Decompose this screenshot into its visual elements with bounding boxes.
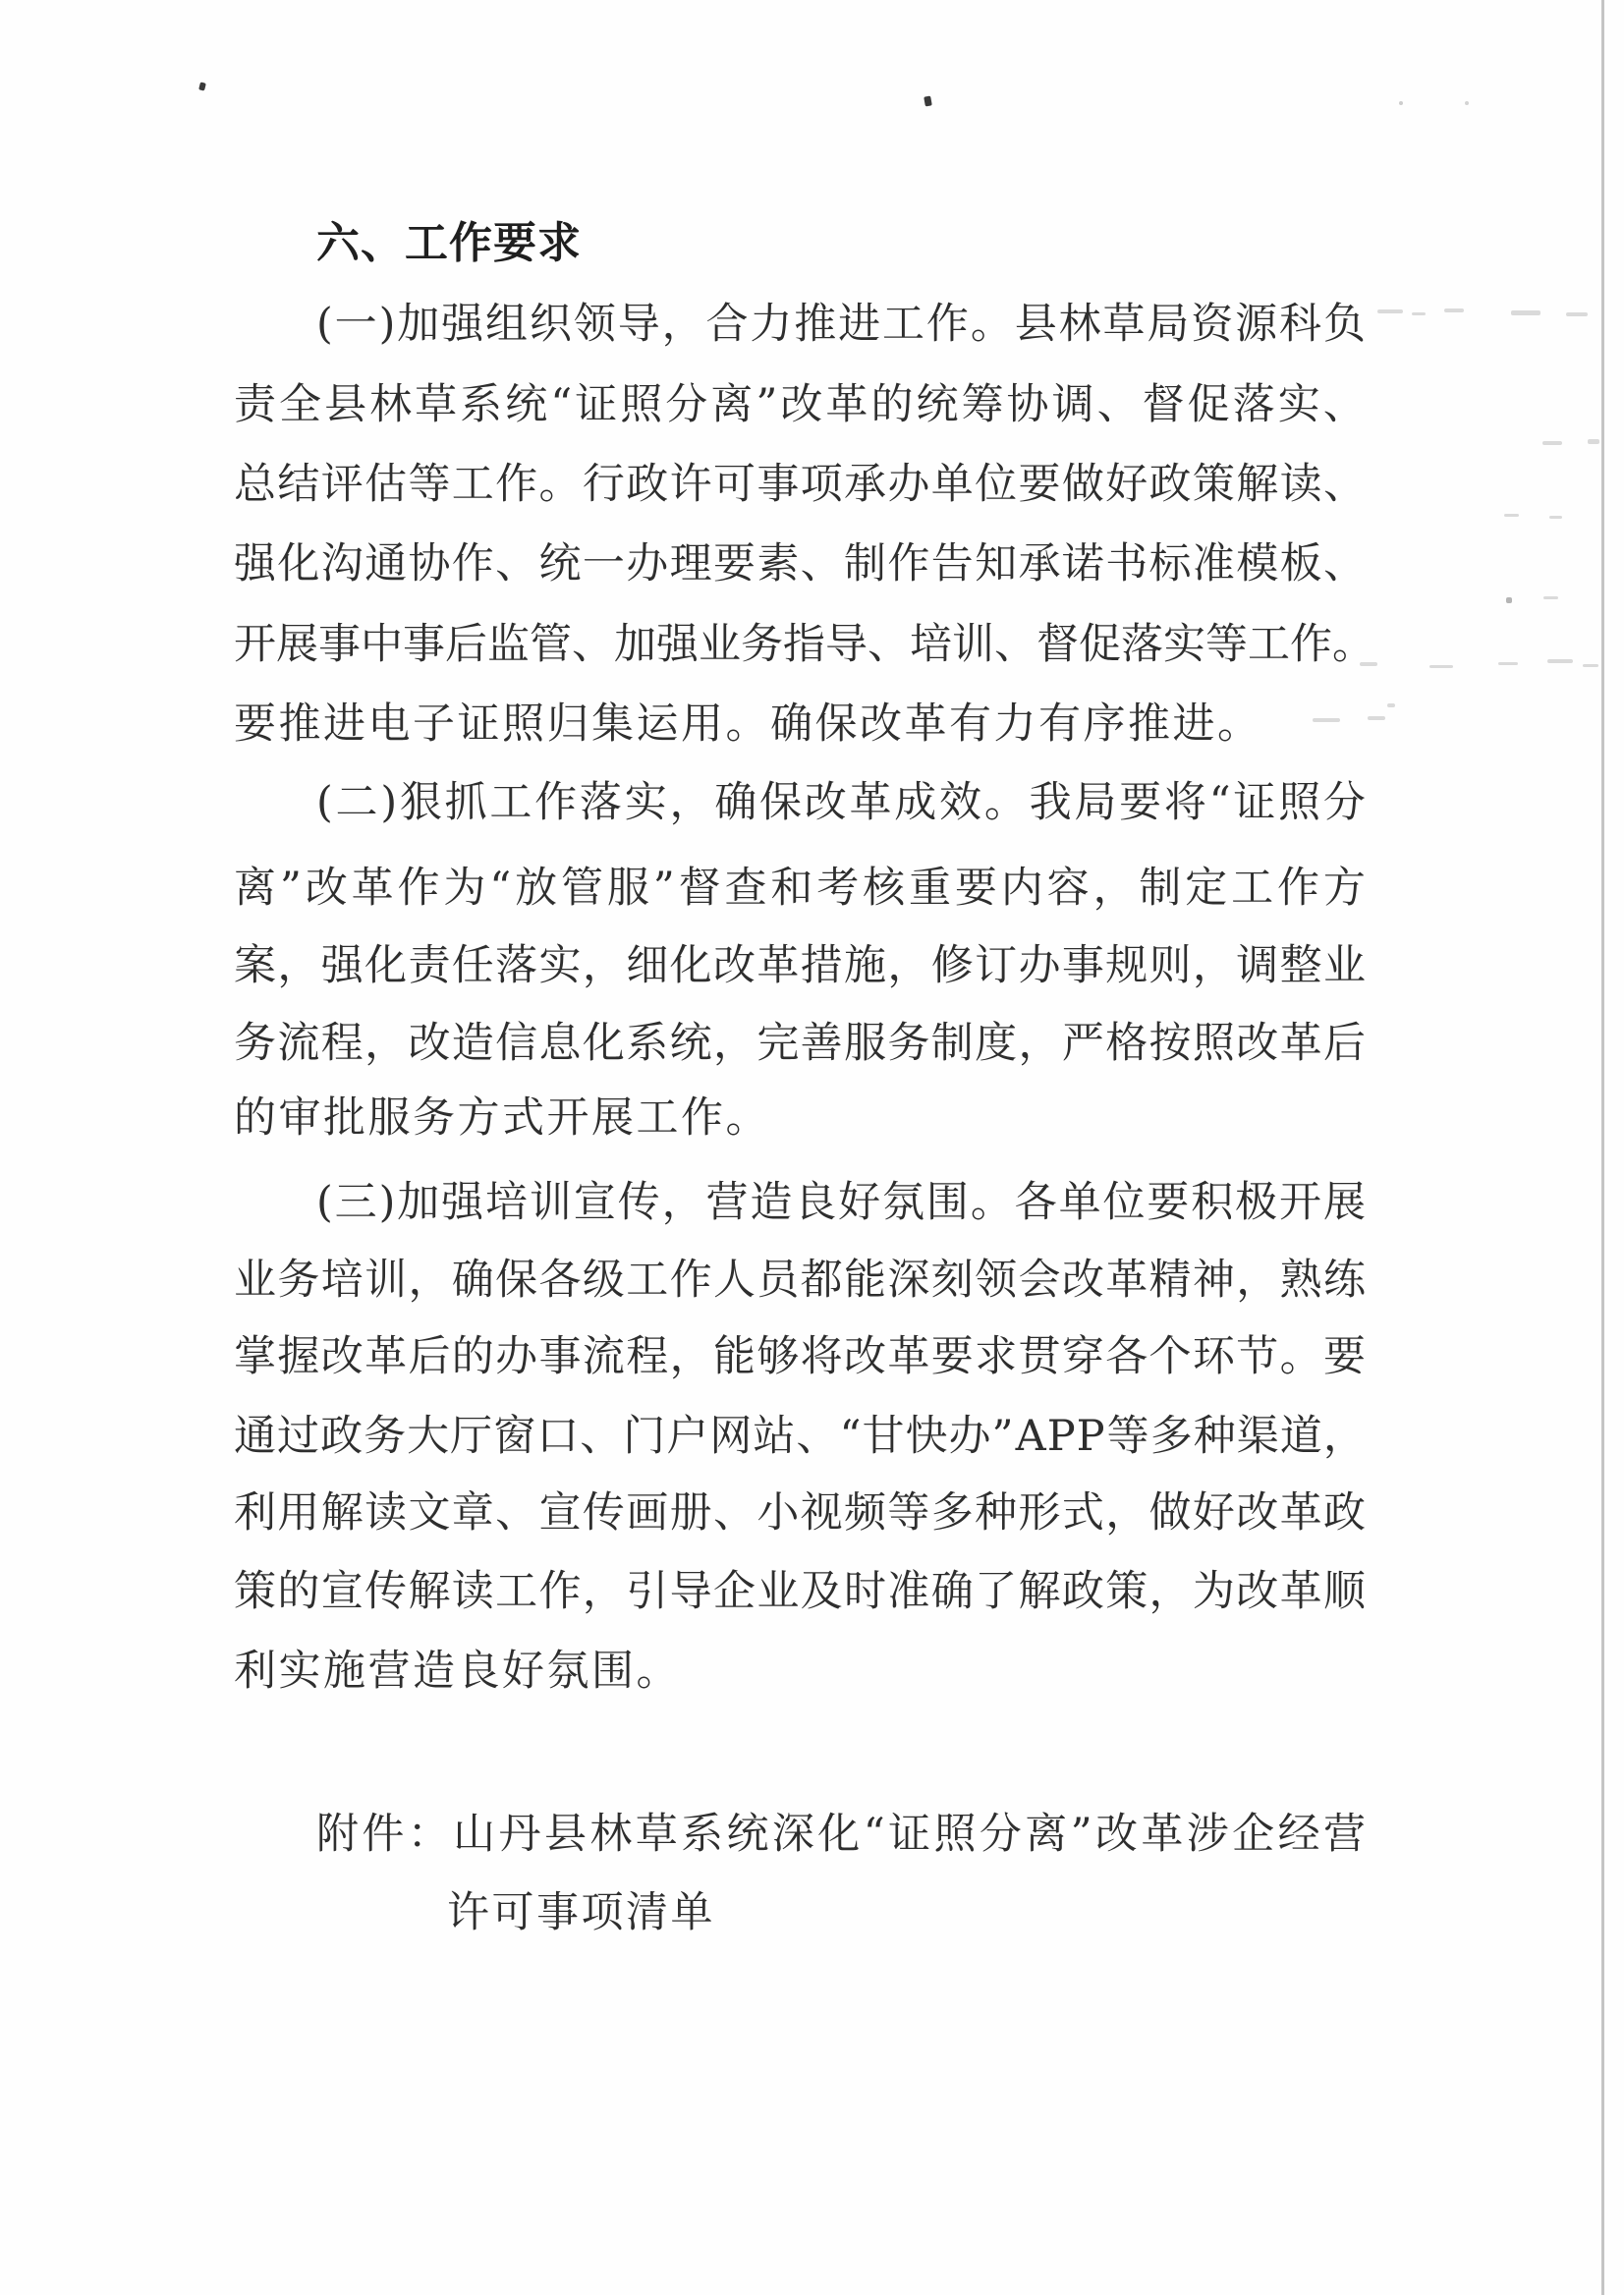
body-line: (二)狠抓工作落实，确保改革成效。我局要将“证照分 bbox=[316, 780, 1366, 825]
body-line: 要推进电子证照归集运用。确保改革有力有序推进。 bbox=[234, 701, 1262, 747]
scan-speck bbox=[1465, 101, 1469, 105]
scan-smudge bbox=[1360, 662, 1377, 666]
body-line: (三)加强培训宣传，营造良好氛围。各单位要积极开展 bbox=[316, 1180, 1366, 1225]
scan-smudge bbox=[1429, 665, 1453, 668]
body-line: 利实施营造良好氛围。 bbox=[234, 1649, 681, 1694]
body-line: 开展事中事后监管、加强业务指导、培训、督促落实等工作。 bbox=[234, 622, 1366, 667]
body-line: 责全县林草系统“证照分离”改革的统筹协调、督促落实、 bbox=[234, 382, 1366, 427]
scan-smudge bbox=[1387, 703, 1395, 707]
scan-smudge bbox=[1368, 716, 1385, 720]
body-line: 利用解读文章、宣传画册、小视频等多种形式，做好改革政 bbox=[234, 1490, 1366, 1536]
scan-smudge bbox=[1583, 664, 1598, 667]
scan-smudge bbox=[1549, 516, 1562, 519]
attachment-line: 附件：山丹县林草系统深化“证照分离”改革涉企经营 bbox=[316, 1812, 1366, 1857]
scan-smudge bbox=[1547, 659, 1573, 663]
scan-smudge bbox=[1543, 596, 1558, 599]
scan-smudge bbox=[1566, 312, 1588, 316]
section-heading: 六、工作要求 bbox=[316, 221, 582, 266]
body-line: 业务培训，确保各级工作人员都能深刻领会改革精神，熟练 bbox=[234, 1258, 1366, 1303]
scan-smudge bbox=[1313, 718, 1340, 722]
body-line: 案，强化责任落实，细化改革措施，修订办事规则，调整业 bbox=[234, 943, 1366, 988]
body-line: 掌握改革后的办事流程，能够将改革要求贯穿各个环节。要 bbox=[234, 1334, 1366, 1379]
body-line: (一)加强组织领导，合力推进工作。县林草局资源科负 bbox=[316, 302, 1366, 347]
scan-smudge bbox=[1542, 441, 1562, 445]
scan-smudge bbox=[1588, 439, 1599, 444]
body-line: 强化沟通协作、统一办理要素、制作告知承诺书标准模板、 bbox=[234, 541, 1366, 587]
body-line: 策的宣传解读工作，引导企业及时准确了解政策，为改革顺 bbox=[234, 1569, 1366, 1614]
scan-speck bbox=[1399, 101, 1403, 105]
attachment-line: 许可事项清单 bbox=[447, 1890, 715, 1935]
scan-smudge bbox=[1412, 312, 1426, 315]
scan-smudge bbox=[1506, 597, 1512, 603]
scanned-document-page: 六、工作要求 (一)加强组织领导，合力推进工作。县林草局资源科负 责全县林草系统… bbox=[0, 0, 1624, 2295]
body-line: 的审批服务方式开展工作。 bbox=[234, 1095, 770, 1141]
body-line: 离”改革作为“放管服”督查和考核重要内容，制定工作方 bbox=[234, 866, 1366, 911]
scan-edge-line bbox=[1601, 0, 1604, 2295]
scan-smudge bbox=[1377, 309, 1403, 313]
body-line: 务流程，改造信息化系统，完善服务制度，严格按照改革后 bbox=[234, 1021, 1366, 1066]
scan-smudge bbox=[1504, 514, 1519, 517]
body-line: 通过政务大厅窗口、门户网站、“甘快办” APP 等多种渠道， bbox=[234, 1414, 1366, 1459]
scan-smudge bbox=[1444, 308, 1464, 312]
scan-speck bbox=[924, 95, 932, 106]
scan-smudge bbox=[1498, 662, 1518, 665]
scan-smudge bbox=[1511, 310, 1540, 315]
scan-speck bbox=[198, 82, 206, 90]
body-line: 总结评估等工作。行政许可事项承办单位要做好政策解读、 bbox=[234, 462, 1366, 507]
